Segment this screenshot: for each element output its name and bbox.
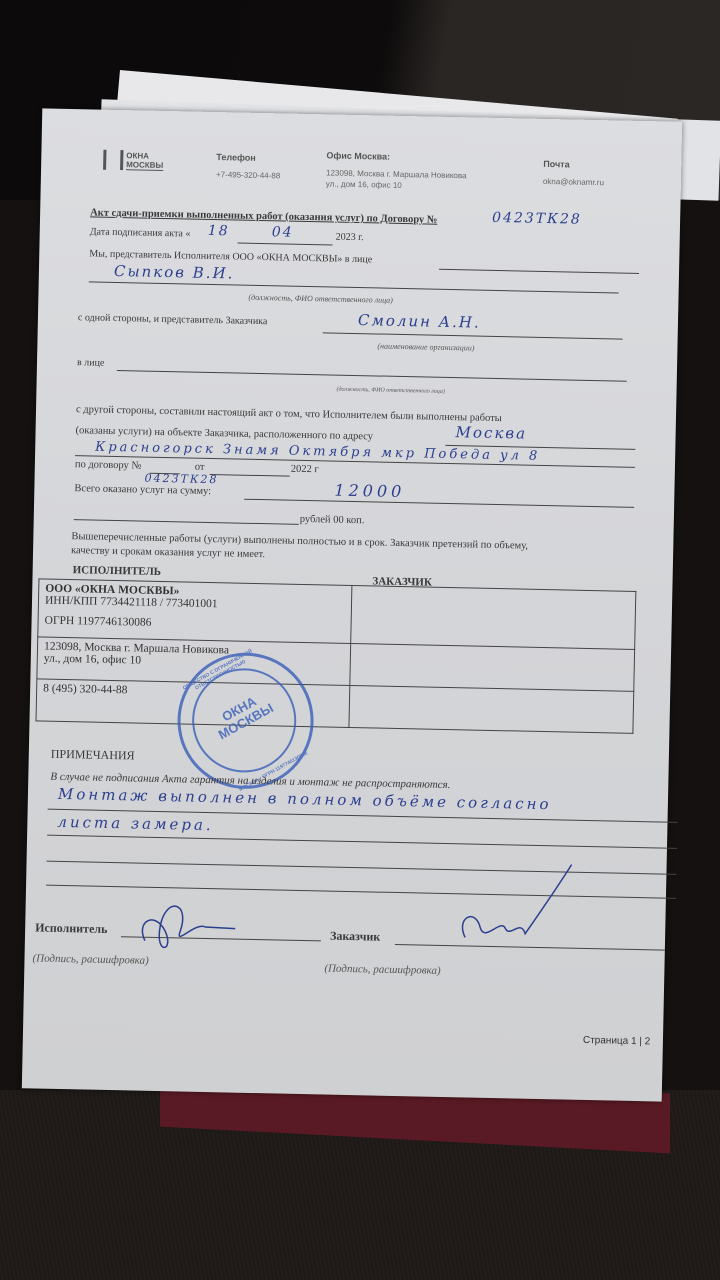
executor-company-cell: ООО «ОКНА МОСКВЫ» ИНН/КПП 7734421118 / 7… (38, 579, 352, 644)
phone-label: Телефон (216, 152, 256, 163)
mail-label: Почта (543, 159, 570, 170)
office-line1: 123098, Москва г. Маршала Новикова (326, 168, 467, 180)
executor-caption: (должность, ФИО ответственного лица) (248, 293, 393, 305)
date-label: Дата подписания акта « (90, 226, 191, 239)
logo-line1: ОКНА (126, 151, 163, 161)
notes-handwritten-line1: Монтаж выполнен в полном объёме согласно (58, 785, 552, 813)
customer-name-handwritten: Смолин А.Н. (358, 311, 481, 332)
company-logo: ОКНА МОСКВЫ (103, 150, 164, 171)
act-title: Акт сдачи-приемки выполненных работ (ока… (90, 207, 437, 225)
customer-signature-label: Заказчик (330, 929, 381, 945)
customer-phone-cell (349, 685, 634, 733)
office-label: Офис Москва: (326, 150, 390, 161)
in-person-text: в лице (77, 357, 105, 369)
date-month-handwritten: 04 (272, 224, 294, 240)
executor-signature-label: Исполнитель (35, 920, 108, 937)
notes-handwritten-line2: листа замера. (57, 813, 214, 834)
logo-mark-icon (103, 150, 123, 170)
phone-value: +7-495-320-44-88 (216, 170, 280, 180)
completed-text-line2: качеству и срокам оказания услуг не имее… (71, 545, 265, 560)
executor-name-handwritten: Сыпков В.И. (114, 262, 235, 283)
logo-line2: МОСКВЫ (126, 160, 163, 170)
office-line2: ул., дом 16, офис 10 (326, 179, 402, 190)
contract-from: от (195, 462, 205, 473)
date-year: 2023 г. (336, 232, 364, 244)
customer-signature-caption: (Подпись, расшифровка) (324, 963, 440, 977)
customer-signature-scribble (445, 857, 587, 960)
executor-signature-scribble (135, 891, 246, 963)
page-number: Страница 1 | 2 (583, 1035, 651, 1047)
ogrn: ОГРН 1197746130086 (44, 615, 344, 633)
contract-number-handwritten: 0423ТК28 (492, 210, 582, 228)
customer-company-cell (351, 585, 636, 649)
address-handwritten-line1: Москва (455, 423, 527, 442)
executor-signature-caption: (Подпись, расшифровка) (32, 952, 148, 966)
customer-address-cell (350, 643, 635, 691)
rubles-text: рублей 00 коп. (300, 514, 365, 526)
mail-value: okna@oknamr.ru (543, 177, 604, 187)
contract-text: по договору № (75, 459, 142, 471)
executor-heading: ИСПОЛНИТЕЛЬ (73, 564, 162, 578)
date-day-handwritten: 18 (208, 223, 230, 239)
total-amount-handwritten: 12000 (334, 481, 405, 501)
one-side-text: с одной стороны, и представитель Заказчи… (78, 312, 268, 327)
act-document-page: ОКНА МОСКВЫ Телефон +7-495-320-44-88 Офи… (22, 108, 682, 1101)
other-side-text: с другой стороны, составили настоящий ак… (76, 404, 502, 424)
org-caption: (наименование организации) (377, 341, 474, 352)
notes-heading: ПРИМЕЧАНИЯ (51, 747, 135, 764)
person-caption: (должность, ФИО ответственного лица) (336, 387, 444, 395)
parties-details-table: ООО «ОКНА МОСКВЫ» ИНН/КПП 7734421118 / 7… (35, 578, 636, 733)
contract-year: 2022 г (291, 464, 319, 476)
total-text: Всего оказано услуг на сумму: (74, 483, 211, 497)
